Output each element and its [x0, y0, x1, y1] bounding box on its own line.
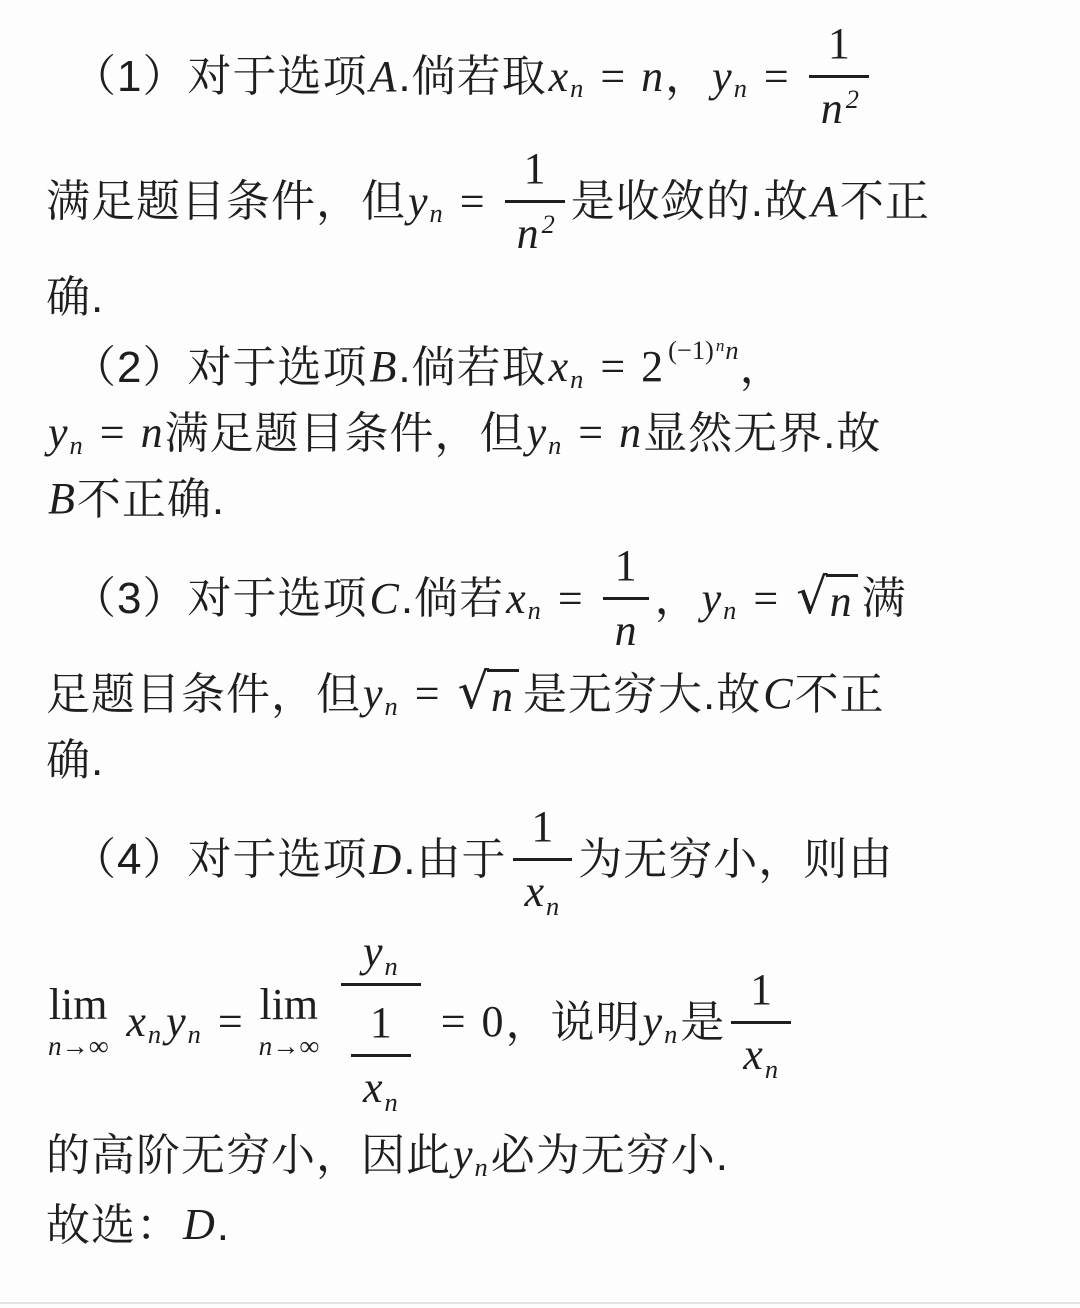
text-line: （4）对于选项D.由于1xn为无穷小，则由 [46, 801, 1040, 918]
math-variable: y [702, 577, 722, 621]
radical-sign-icon: √ [458, 669, 489, 713]
text-run: . [217, 1198, 230, 1253]
superscript: 2 [846, 84, 859, 114]
text-run: （4）对于选项 [72, 832, 367, 887]
subscript: n [528, 597, 541, 623]
text-run: 为无穷小，则由 [578, 832, 893, 887]
math-variable: y [166, 1000, 186, 1044]
text-run: .由于 [403, 832, 506, 887]
limit-word: lim [259, 983, 318, 1027]
text-run: ，说明 [506, 995, 641, 1050]
subscript: n [734, 75, 747, 101]
paragraph-point-2: （2）对于选项B.倘若取xn=2(−1)nn，yn=n满足题目条件，但yn=n显… [46, 338, 1040, 528]
fraction-numerator: 1 [351, 997, 411, 1057]
paragraph-point-3: （3）对于选项C.倘若xn=1n，yn=√n满足题目条件，但yn=√n是无穷大.… [46, 540, 1040, 789]
math-variable: B [369, 345, 396, 389]
math-variable: x [506, 577, 526, 621]
text-line: 满足题目条件，但yn=1n2是收敛的.故A不正 [46, 143, 1040, 260]
exponent-group: (−1)nn [667, 337, 739, 363]
limit-operator: limn→∞ [259, 983, 319, 1060]
math-variable: n [517, 209, 539, 258]
square-root: √n [796, 574, 857, 624]
fraction-numerator: yn [341, 926, 421, 986]
math-number: 1 [828, 19, 850, 68]
math-variable: x [549, 55, 569, 99]
math-variable: n [830, 577, 852, 626]
paragraph-point-1: （1）对于选项A.倘若取xn=n，yn=1n2满足题目条件，但yn=1n2是收敛… [46, 18, 1040, 326]
math-variable: x [363, 1063, 383, 1112]
math-operator: = [600, 55, 625, 99]
text-run: 不正 [795, 667, 885, 722]
text-run: 满足题目条件，但 [46, 174, 406, 229]
fraction-denominator: n2 [809, 78, 869, 135]
text-line: 的高阶无穷小，因此yn必为无穷小. [46, 1126, 1040, 1184]
text-run: .倘若取 [398, 49, 546, 104]
paragraph-point-4: （4）对于选项D.由于1xn为无穷小，则由limn→∞xnyn=limn→∞yn… [46, 801, 1040, 1184]
math-variable: D [183, 1203, 215, 1247]
math-operator: = [600, 345, 625, 389]
math-variable: n [641, 55, 663, 99]
superscript: n [716, 336, 725, 355]
text-run: 必为无穷小. [491, 1128, 729, 1183]
text-run: 是收敛的.故 [571, 174, 809, 229]
math-variable: C [369, 577, 398, 621]
math-variable: y [363, 672, 383, 716]
fraction: 1n2 [505, 143, 565, 260]
subscript: n [664, 1021, 677, 1047]
bottom-divider [0, 1302, 1080, 1304]
text-run: 不正 [840, 174, 930, 229]
math-variable: n [821, 84, 843, 133]
radicand: n [487, 669, 519, 719]
math-operator: = [441, 1000, 466, 1044]
subscript: n [570, 366, 583, 392]
text-line: 确. [46, 268, 1040, 326]
subscript: n [475, 1154, 488, 1180]
math-operator: = [460, 180, 485, 224]
math-number: 1 [531, 802, 553, 851]
fraction-numerator: 1 [731, 964, 791, 1024]
math-variable: y [408, 180, 428, 224]
text-run: 的高阶无穷小，因此 [46, 1128, 451, 1183]
subscript: n [723, 597, 736, 623]
math-number: 1 [370, 998, 392, 1047]
fraction-denominator: xn [351, 1057, 411, 1114]
fraction-numerator: 1 [513, 801, 573, 861]
fraction-numerator: 1 [809, 18, 869, 78]
subscript: n [546, 891, 559, 921]
text-run: 显然无界.故 [643, 406, 881, 461]
superscript: 2 [542, 209, 555, 239]
subscript: n [385, 693, 398, 719]
subscript: n [188, 1021, 201, 1047]
math-variable: y [48, 411, 68, 455]
math-variable: A [369, 55, 396, 99]
text-run: 不正确. [77, 472, 225, 527]
text-run: .倘若 [401, 571, 504, 626]
math-operator: = [753, 577, 778, 621]
math-operator: = [578, 411, 603, 455]
math-variable: D [369, 838, 401, 882]
fraction: 1n [603, 540, 649, 657]
math-variable: C [763, 672, 792, 716]
limit-underscript: n→∞ [259, 1033, 319, 1060]
math-variable: n [615, 606, 637, 655]
text-line: yn=n满足题目条件，但yn=n显然无界.故 [46, 404, 1040, 462]
text-run: 故选： [46, 1198, 181, 1253]
radical-sign-icon: √ [796, 574, 827, 618]
fraction: 1xn [351, 997, 411, 1114]
text-run: 足题目条件，但 [46, 667, 361, 722]
math-number: 0 [482, 1000, 504, 1044]
text-run: 满 [862, 571, 907, 626]
math-variable: y [643, 1000, 663, 1044]
subscript: n [385, 1087, 398, 1117]
math-variable: y [712, 55, 732, 99]
solution-document: （1）对于选项A.倘若取xn=n，yn=1n2满足题目条件，但yn=1n2是收敛… [0, 0, 1080, 1254]
fraction: 1xn [731, 964, 791, 1081]
math-number: (−1) [668, 335, 714, 365]
fraction-denominator: n2 [505, 203, 565, 260]
text-line: （2）对于选项B.倘若取xn=2(−1)nn， [46, 338, 1040, 396]
text-run: 确. [46, 733, 104, 788]
subscript: n [148, 1021, 161, 1047]
fraction-denominator: xn [513, 861, 573, 918]
subscript: n [385, 951, 398, 981]
square-root: √n [458, 669, 519, 719]
fraction-numerator: 1 [603, 540, 649, 600]
text-run: 满足题目条件，但 [165, 406, 525, 461]
math-variable: n [725, 335, 738, 365]
radicand: n [826, 574, 858, 624]
text-line: （1）对于选项A.倘若取xn=n，yn=1n2 [46, 18, 1040, 135]
limit-word: lim [49, 983, 108, 1027]
math-variable: n [491, 672, 513, 721]
text-run: 确. [46, 270, 104, 325]
text-run: 是无穷大.故 [523, 667, 761, 722]
paragraph-conclusion: 故选：D. [46, 1196, 1040, 1254]
subscript: n [570, 75, 583, 101]
subscript: n [548, 432, 561, 458]
text-run: ， [740, 340, 785, 395]
text-line: B不正确. [46, 470, 1040, 528]
math-variable: n [619, 411, 641, 455]
text-line: 足题目条件，但yn=√n是无穷大.故C不正 [46, 665, 1040, 723]
math-variable: y [453, 1133, 473, 1177]
text-line: （3）对于选项C.倘若xn=1n，yn=√n满 [46, 540, 1040, 657]
math-variable: B [48, 477, 75, 521]
limit-underscript: n→∞ [48, 1033, 108, 1060]
text-line: 确. [46, 731, 1040, 789]
text-run: （3）对于选项 [72, 571, 367, 626]
math-number: 1 [750, 965, 772, 1014]
fraction: 1xn [513, 801, 573, 918]
math-operator: = [100, 411, 125, 455]
math-number: 1 [615, 541, 637, 590]
fraction: yn1xn [341, 926, 421, 1118]
math-variable: n [141, 411, 163, 455]
text-run: （1）对于选项 [72, 49, 367, 104]
text-run: ， [655, 571, 700, 626]
fraction-denominator: xn [731, 1024, 791, 1081]
text-run: （2）对于选项 [72, 340, 367, 395]
text-run: .倘若取 [398, 340, 546, 395]
math-variable: y [527, 411, 547, 455]
fraction-denominator: 1xn [341, 986, 421, 1118]
subscript: n [430, 200, 443, 226]
math-operator: = [415, 672, 440, 716]
math-operator: = [218, 1000, 243, 1044]
math-variable: x [743, 1030, 763, 1079]
fraction-numerator: 1 [505, 143, 565, 203]
math-variable: y [363, 927, 383, 976]
math-variable: x [525, 867, 545, 916]
text-line: 故选：D. [46, 1196, 1040, 1254]
math-number: 2 [641, 345, 663, 389]
text-run: ， [665, 49, 710, 104]
subscript: n [765, 1054, 778, 1084]
math-number: 1 [524, 144, 546, 193]
math-variable: A [811, 180, 838, 224]
math-operator: = [558, 577, 583, 621]
text-line: limn→∞xnyn=limn→∞yn1xn=0，说明yn是1xn [46, 926, 1040, 1118]
limit-operator: limn→∞ [48, 983, 108, 1060]
subscript: n [70, 432, 83, 458]
text-run: 是 [680, 995, 725, 1050]
math-variable: x [549, 345, 569, 389]
math-operator: = [764, 55, 789, 99]
fraction-denominator: n [603, 600, 649, 657]
math-variable: x [126, 1000, 146, 1044]
fraction: 1n2 [809, 18, 869, 135]
